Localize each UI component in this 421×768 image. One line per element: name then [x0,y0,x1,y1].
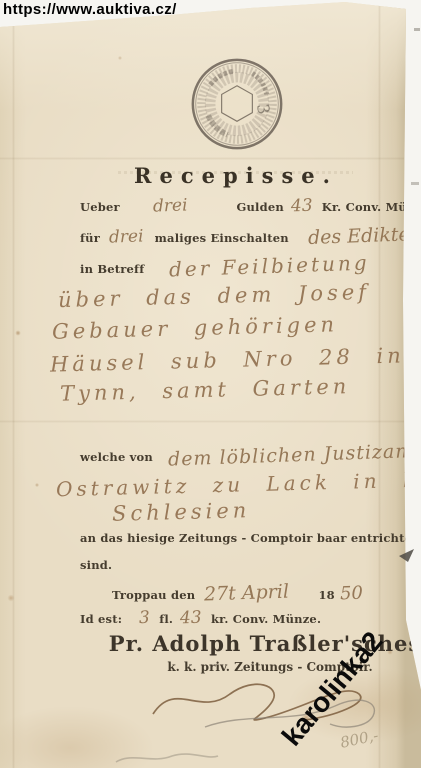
hand-line-4: über das dem Josef [58,280,371,312]
paper-crease-left [12,0,15,768]
printed-line-11: an das hiesige Zeitungs - Comptoir baar … [80,531,421,545]
paper-crease-top [0,157,404,160]
printed-line-12: sind. [80,558,112,572]
hand-kr-amount: 43 [180,608,202,629]
hand-kreuzer-amount: 43 [291,196,313,217]
hand-day-month: 27t April [204,581,290,606]
hand-des-ediktes: des Ediktes [308,223,420,249]
hand-line-7: Tynn, samt Garten [60,374,351,406]
printed-year-18: 18 [318,588,334,602]
edge-speck-top [414,28,420,31]
body-line-8: welche von dem löblichen Justizamte [80,444,421,466]
hand-line-6: Häusel sub Nro 28 in [50,343,405,376]
svg-text:3: 3 [253,102,274,116]
printed-kr-conv-muenze: Kr. Conv. Münze [322,200,421,214]
printed-fuer: für [80,231,100,245]
pointer-mark [399,549,415,563]
printed-maliges-einschalten: maliges Einschalten [155,231,289,245]
source-url-watermark: https://www.auktiva.cz/ [3,1,177,18]
hand-justizamt: dem löblichen Justizamte [168,439,421,470]
hand-year-50: 50 [340,583,364,605]
hand-fl-amount: 3 [139,608,151,628]
hand-amount-gulden: drei [153,195,188,216]
printed-gulden: Gulden [236,200,283,214]
revenue-stamp-icon: 3 [189,56,285,152]
edge-speck-middle [411,182,419,185]
printed-ueber: Ueber [80,200,120,214]
body-line-2: für drei maliges Einschalten des Ediktes [80,225,421,247]
body-line-3: in Betreff der Feilbietung [80,254,378,278]
paper-crease-middle [0,420,404,423]
body-line-1: Ueber drei Gulden 43 Kr. Conv. Münze [80,196,421,216]
printed-troppau-den: Troppau den [112,588,195,602]
id-est-line: Id est: 3 fl. 43 kr. Conv. Münze. [80,608,329,628]
printed-fl: fl. [159,612,173,626]
pencil-scribble [112,748,222,768]
date-line: Troppau den 27t April 18 50 [112,582,371,604]
hand-line-5: Gebauer gehörigen [52,312,339,343]
printed-kr-conv-muenze-2: kr. Conv. Münze. [211,612,321,626]
document-title: Recepisse. [66,163,406,188]
hand-line-10: Schlesien [112,498,251,526]
hand-line-9: Ostrawitz zu Lack in k.k. [56,467,421,501]
hand-times: drei [109,226,144,247]
printed-in-betreff: in Betreff [80,262,144,276]
printed-id-est: Id est: [80,612,122,626]
printed-welche-von: welche von [80,450,153,464]
hand-der-feilbietung: der Feilbietung [169,251,370,282]
